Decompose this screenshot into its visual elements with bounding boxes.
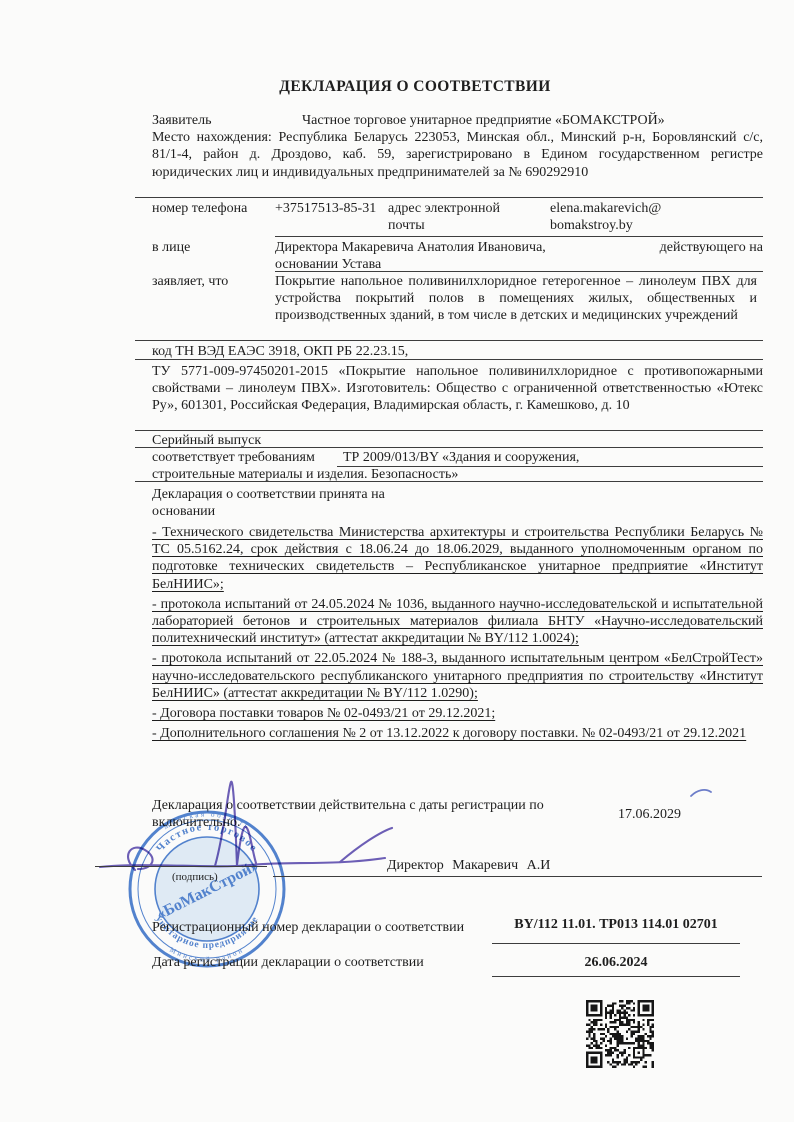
phone-label: номер телефона [152, 200, 275, 237]
email-label: адрес электронной почты [388, 200, 538, 236]
declares-section: заявляет, что Покрытие напольное поливин… [135, 273, 763, 341]
applicant-section: Заявитель Частное торговое унитарное пре… [135, 110, 763, 198]
signer-name: Директор Макаревич А.И [387, 857, 550, 874]
compliance-rule-segment [337, 466, 763, 467]
pen-mark-icon [688, 783, 714, 801]
location-label: Место нахождения: [152, 130, 272, 145]
qr-code-canvas [586, 1000, 654, 1068]
signer-line [273, 876, 762, 877]
page-title: ДЕКЛАРАЦИЯ О СООТВЕТСТВИИ [36, 78, 794, 95]
phone-value: +37517513-85-31 [275, 200, 388, 236]
applicant-name: Частное торговое унитарное предприятие «… [302, 112, 665, 129]
registration-date-value: 26.06.2024 [492, 949, 740, 977]
basis-label: Декларация о соответствии принята на осн… [152, 486, 432, 520]
registration-section: Регистрационный номер декларации о соотв… [135, 916, 763, 988]
applicant-label: Заявитель [152, 112, 302, 129]
tu-paragraph: ТУ 5771-009-97450201-2015 «Покрытие напо… [152, 363, 763, 415]
validity-date: 17.06.2029 [618, 806, 681, 823]
code-line: код ТН ВЭД ЕАЭС 3918, ОКП РБ 22.23.15, [152, 344, 408, 359]
basis-items-section: - Технического свидетельства Министерств… [135, 521, 763, 742]
compliance-label: соответствует требованиям [152, 449, 343, 466]
representative-line1-right: действующего на [660, 239, 763, 256]
basis-item: - Договора поставки товаров № 02-0493/21… [152, 705, 763, 722]
qr-code [586, 1000, 654, 1068]
compliance-value-line1: ТР 2009/013/BY «Здания и сооружения, [343, 450, 579, 465]
representative-line1-left: Директора Макаревича Анатолия Ивановича, [275, 239, 546, 256]
serial-line: Серийный выпуск [152, 433, 261, 448]
basis-item: - протокола испытаний от 22.05.2024 № 18… [152, 650, 763, 702]
basis-item: - Дополнительного соглашения № 2 от 13.1… [152, 725, 763, 742]
document-page: ДЕКЛАРАЦИЯ О СООТВЕТСТВИИ Заявитель Част… [0, 0, 794, 1122]
declares-value: Покрытие напольное поливинилхлоридное ге… [275, 273, 757, 325]
basis-item: - протокола испытаний от 24.05.2024 № 10… [152, 596, 763, 648]
contacts-section: номер телефона +37517513-85-31 адрес эле… [135, 200, 763, 237]
email-value: elena.makarevich@bomakstroy.by [550, 200, 668, 236]
tu-section: ТУ 5771-009-97450201-2015 «Покрытие напо… [135, 361, 763, 431]
registration-number-label: Регистрационный номер декларации о соотв… [152, 919, 464, 936]
declares-label: заявляет, что [152, 273, 275, 325]
signature-line [95, 866, 267, 867]
registration-date-label: Дата регистрации декларации о соответств… [152, 954, 424, 971]
signature-caption: (подпись) [172, 869, 218, 886]
basis-item: - Технического свидетельства Министерств… [152, 524, 763, 593]
code-section: код ТН ВЭД ЕАЭС 3918, ОКП РБ 22.23.15, [135, 343, 763, 360]
signature-icon [90, 768, 410, 880]
representative-label: в лице [152, 239, 275, 272]
serial-section: Серийный выпуск [135, 432, 763, 448]
compliance-section: соответствует требованиямТР 2009/013/BY … [135, 449, 763, 482]
registration-number-value: BY/112 11.01. ТР013 114.01 02701 [492, 916, 740, 944]
representative-section: в лице Директора Макаревича Анатолия Ива… [135, 239, 763, 272]
compliance-value-line2: строительные материалы и изделия. Безопа… [152, 467, 458, 482]
representative-line2: основании Устава [275, 256, 763, 273]
basis-label-section: Декларация о соответствии принята на осн… [135, 486, 763, 520]
